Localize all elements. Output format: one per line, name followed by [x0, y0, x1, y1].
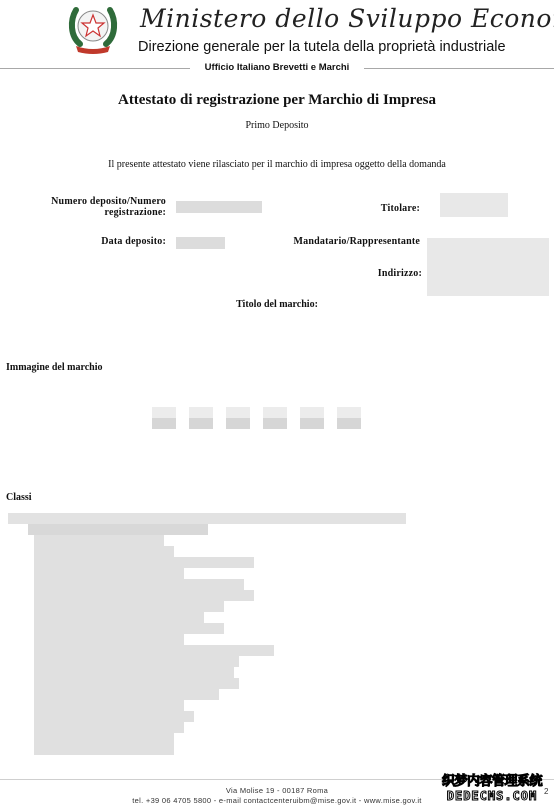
- immagine-marchio-label: Immagine del marchio: [6, 362, 102, 373]
- ministry-name: Ministero dello Sviluppo Economico: [140, 4, 554, 33]
- indirizzo-label: Indirizzo:: [320, 268, 422, 279]
- mandatario-indirizzo-value-redacted: [427, 238, 549, 296]
- intro-text: Il presente attestato viene rilasciato p…: [0, 159, 554, 170]
- data-deposito-label: Data deposito:: [40, 236, 166, 247]
- classi-list-redacted: [8, 513, 408, 755]
- mandatario-label: Mandatario/Rappresentante: [270, 236, 420, 247]
- trademark-image-redacted: [152, 407, 404, 429]
- document-title: Attestato di registrazione per Marchio d…: [0, 92, 554, 109]
- dedecms-watermark: 织梦内容管理系统 DEDECMS.COM: [440, 770, 544, 804]
- watermark-domain-text: DEDECMS.COM: [440, 789, 544, 803]
- document-subtitle: Primo Deposito: [0, 120, 554, 131]
- page-number: 2: [544, 787, 548, 796]
- classi-label: Classi: [6, 492, 32, 503]
- numero-deposito-label: Numero deposito/Numero registrazione:: [20, 196, 166, 218]
- titolare-label: Titolare:: [300, 203, 420, 214]
- data-deposito-value-redacted: [176, 237, 225, 249]
- titolo-marchio-label: Titolo del marchio:: [0, 299, 554, 310]
- header-divider-right: [364, 68, 554, 69]
- direzione-name: Direzione generale per la tutela della p…: [138, 39, 506, 55]
- numero-deposito-value-redacted: [176, 201, 262, 213]
- titolare-value-redacted: [440, 193, 508, 217]
- italian-republic-emblem-icon: [68, 2, 118, 56]
- watermark-chinese-text: 织梦内容管理系统: [440, 770, 544, 789]
